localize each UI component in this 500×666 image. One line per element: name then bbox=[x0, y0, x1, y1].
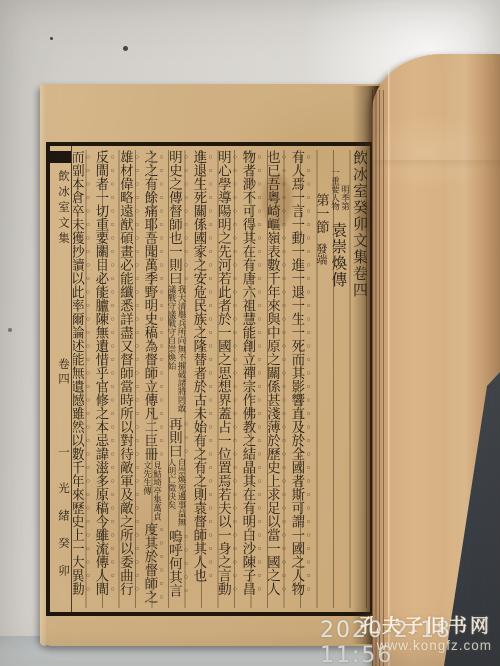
section-heading: 第一節發端 bbox=[312, 150, 329, 608]
roll-crease bbox=[388, 64, 391, 666]
banxin-strip: 飲冰室文集 卷四 一 光緒癸卯 bbox=[50, 146, 72, 612]
banxin-era-date: 光緒癸卯 bbox=[50, 482, 71, 592]
text-segment: 明史之傳督師也一則曰 bbox=[167, 150, 182, 285]
book-photo: 飲冰室文集 卷四 一 光緒癸卯 飲冰室癸卯文集卷四 明季第一重要人物袁崇煥傳 第… bbox=[0, 0, 500, 666]
kongfz-watermark: 孔夫子旧书网 www.kongfz.com bbox=[360, 611, 492, 653]
text-segment: 再則曰 bbox=[167, 417, 182, 458]
dust-speck bbox=[50, 37, 53, 40]
banxin-book-title: 飲冰室文集 bbox=[50, 170, 71, 248]
text-segment: 吾聞萬季野明史稿為督師立傳凡二巨冊 bbox=[142, 231, 157, 461]
banxin-black-bar bbox=[50, 151, 71, 163]
watermark-site-name: 孔夫子旧书网 bbox=[360, 611, 492, 638]
small-interlinear-note: 自崇煥死邊事益無人明亡徵決矣 bbox=[167, 458, 187, 530]
dust-speck bbox=[123, 46, 128, 51]
watermark-url: www.kongfz.com bbox=[360, 638, 492, 653]
article-title: 袁崇煥傳 bbox=[329, 222, 346, 288]
page-text: 飲冰室癸卯文集卷四 明季第一重要人物袁崇煥傳 第一節發端有人焉一言一動一進一退一… bbox=[73, 150, 367, 608]
roll-shading bbox=[372, 160, 500, 170]
article-title-column: 明季第一重要人物袁崇煥傳 bbox=[329, 150, 351, 608]
dust-speck bbox=[8, 328, 12, 332]
page-edges bbox=[372, 90, 385, 666]
text-paragraph: 明史之傳督師也一則曰我大清舉兵所向無不摧破諸將罔敢議戰守議戰守自崇煥始再則曰自崇… bbox=[73, 150, 190, 608]
text-paragraph: 有人焉一言一動一進一退一生一死而其影響直及於全國者斯可謂一國之人物也已吾粵崎嶇嶺… bbox=[190, 150, 313, 608]
article-subtitle: 明季第一重要人物 bbox=[331, 168, 351, 212]
small-interlinear-note: 見鮚埼亭集萬貞文先生傳 bbox=[143, 461, 163, 523]
page-frame: 飲冰室文集 卷四 一 光緒癸卯 飲冰室癸卯文集卷四 明季第一重要人物袁崇煥傳 第… bbox=[46, 142, 374, 616]
small-interlinear-note: 我大清舉兵所向無不摧破諸將罔敢議戰守議戰守自崇煥始 bbox=[167, 285, 187, 417]
banxin-volume: 卷四 bbox=[50, 358, 71, 387]
flipped-pages-roll bbox=[372, 54, 500, 666]
banxin-page-number: 一 bbox=[50, 446, 71, 458]
section-number: 第一節 bbox=[314, 193, 329, 234]
section-title: 發端 bbox=[315, 243, 327, 265]
